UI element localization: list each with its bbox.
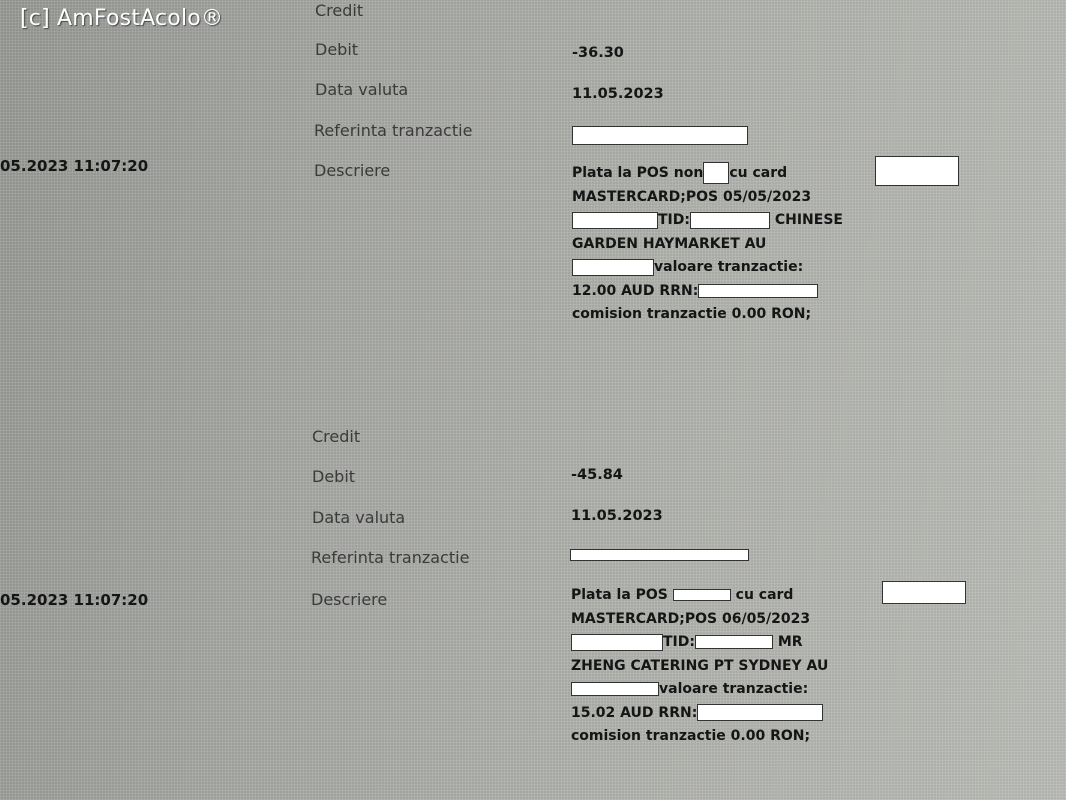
side-redacted-box xyxy=(882,581,966,604)
desc-text: ZHENG CATERING PT SYDNEY AU xyxy=(571,655,828,679)
redacted-field xyxy=(703,162,729,184)
referinta-redacted xyxy=(570,549,749,561)
descriere-label: Descriere xyxy=(314,161,390,180)
descriere-value: Plata la POS noncu card MASTERCARD;POS 0… xyxy=(572,162,843,327)
credit-label: Credit xyxy=(315,1,363,20)
desc-text: valoare tranzactie: xyxy=(659,681,808,697)
desc-text: 12.00 AUD RRN: xyxy=(572,283,698,299)
transaction-timestamp: 05.2023 11:07:20 xyxy=(0,591,148,609)
desc-text: TID: xyxy=(663,634,695,650)
desc-text: GARDEN HAYMARKET AU xyxy=(572,233,843,257)
desc-text: 15.02 AUD RRN: xyxy=(571,705,697,721)
redacted-field xyxy=(698,284,818,298)
side-redacted-box xyxy=(875,156,959,186)
transaction-timestamp: 05.2023 11:07:20 xyxy=(0,157,148,175)
redacted-field xyxy=(571,682,659,696)
referinta-redacted xyxy=(572,126,748,145)
data-valuta-value: 11.05.2023 xyxy=(572,86,664,102)
redacted-field xyxy=(571,634,663,651)
desc-text: cu card xyxy=(736,587,794,603)
referinta-label: Referinta tranzactie xyxy=(314,121,472,140)
redacted-field xyxy=(572,259,654,276)
desc-text: Plata la POS non xyxy=(572,165,703,181)
desc-text: TID: xyxy=(658,212,690,228)
credit-label: Credit xyxy=(312,427,360,446)
redacted-field xyxy=(690,212,770,229)
desc-text: MASTERCARD;POS 06/05/2023 xyxy=(571,608,828,632)
descriere-value: Plata la POS cu card MASTERCARD;POS 06/0… xyxy=(571,584,828,749)
data-valuta-value: 11.05.2023 xyxy=(571,508,663,524)
debit-value: -45.84 xyxy=(571,467,623,483)
debit-value: -36.30 xyxy=(572,45,624,61)
descriere-label: Descriere xyxy=(311,590,387,609)
desc-text: valoare tranzactie: xyxy=(654,259,803,275)
redacted-field xyxy=(695,635,773,649)
desc-text: cu card xyxy=(729,165,787,181)
desc-text: MASTERCARD;POS 05/05/2023 xyxy=(572,186,843,210)
data-valuta-label: Data valuta xyxy=(312,508,405,527)
redacted-field xyxy=(673,589,731,601)
redacted-field xyxy=(572,212,658,229)
desc-text: comision tranzactie 0.00 RON; xyxy=(571,725,828,749)
referinta-label: Referinta tranzactie xyxy=(311,548,469,567)
debit-label: Debit xyxy=(312,467,355,486)
desc-text: Plata la POS xyxy=(571,587,668,603)
desc-text: CHINESE xyxy=(775,212,843,228)
redacted-field xyxy=(697,704,823,721)
desc-text: comision tranzactie 0.00 RON; xyxy=(572,303,843,327)
watermark: [c] AmFostAcolo® xyxy=(20,6,223,31)
desc-text: MR xyxy=(778,634,803,650)
data-valuta-label: Data valuta xyxy=(315,80,408,99)
debit-label: Debit xyxy=(315,40,358,59)
